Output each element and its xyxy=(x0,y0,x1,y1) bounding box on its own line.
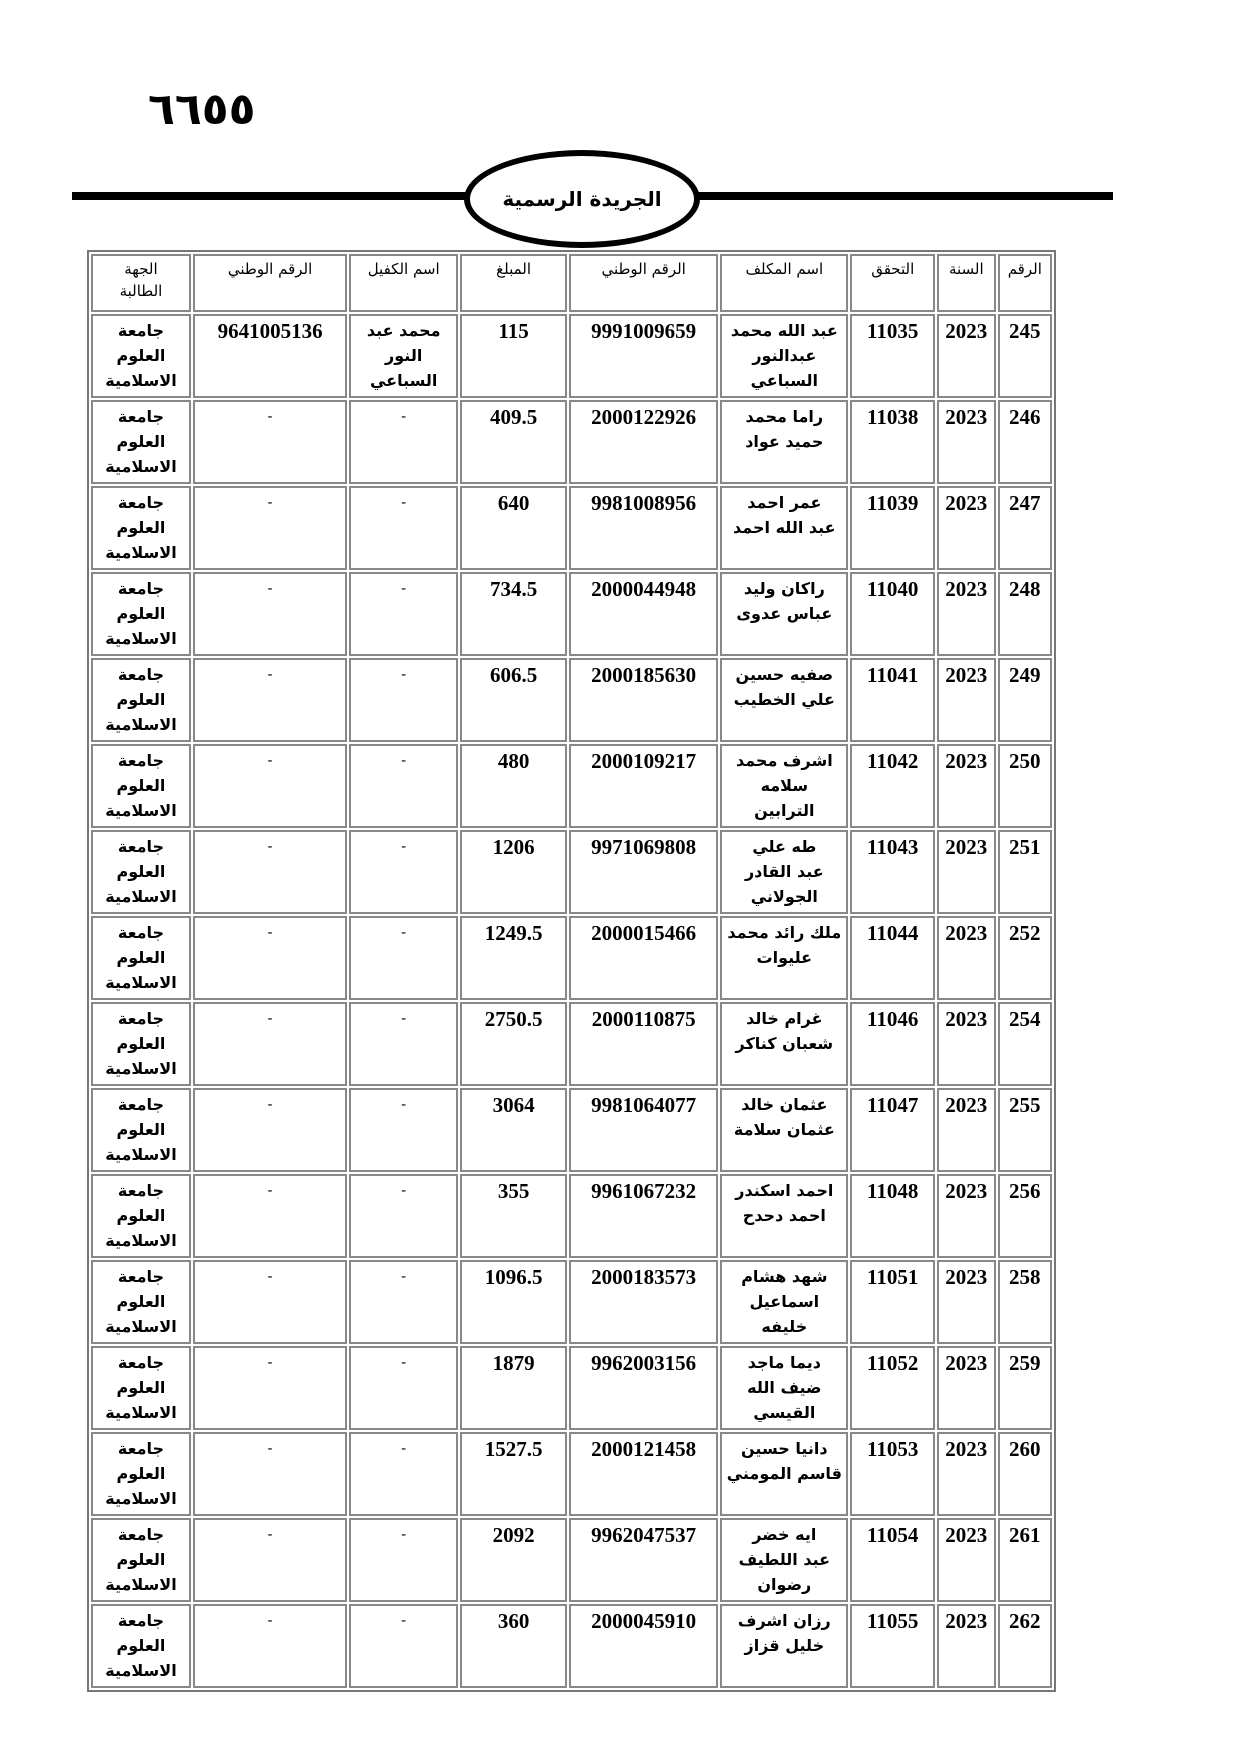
assessee-name-line: ضيف الله xyxy=(725,1375,843,1400)
cell-requesting-party: جامعةالعلومالاسلامية xyxy=(91,1088,191,1172)
cell-national-id: 9962003156 xyxy=(569,1346,718,1430)
cell-national-id: 9981064077 xyxy=(569,1088,718,1172)
requesting-party-line: العلوم xyxy=(96,1547,186,1572)
requesting-party-line: العلوم xyxy=(96,859,186,884)
cell-row-no: 248 xyxy=(998,572,1052,656)
cell-national-id: 2000183573 xyxy=(569,1260,718,1344)
cell-year: 2023 xyxy=(937,1260,995,1344)
assessee-name-line: رضوان xyxy=(725,1572,843,1597)
table-row: 245202311035عبد الله محمدعبدالنورالسباعي… xyxy=(91,314,1052,398)
table-row: 258202311051شهد هشاماسماعيلخليفه20001835… xyxy=(91,1260,1052,1344)
cell-row-no: 250 xyxy=(998,744,1052,828)
cell-requesting-party: جامعةالعلومالاسلامية xyxy=(91,1260,191,1344)
cell-assessment: 11044 xyxy=(850,916,935,1000)
guarantor-name-line: - xyxy=(354,1264,453,1290)
records-table: الرقم السنة التحقق اسم المكلف الرقم الوط… xyxy=(87,250,1056,1692)
assessee-name-line: علي الخطيب xyxy=(725,687,843,712)
cell-row-no: 252 xyxy=(998,916,1052,1000)
requesting-party-line: جامعة xyxy=(96,318,186,343)
cell-guarantor-national-id: - xyxy=(193,400,347,484)
cell-guarantor-national-id: - xyxy=(193,830,347,914)
requesting-party-line: الاسلامية xyxy=(96,1056,186,1081)
table-row: 259202311052ديما ماجدضيف اللهالقيسي99620… xyxy=(91,1346,1052,1430)
cell-amount: 734.5 xyxy=(460,572,567,656)
cell-national-id: 2000121458 xyxy=(569,1432,718,1516)
table-row: 250202311042اشرف محمدسلامهالترابين200010… xyxy=(91,744,1052,828)
cell-assessment: 11046 xyxy=(850,1002,935,1086)
cell-row-no: 251 xyxy=(998,830,1052,914)
cell-assessee-name: اشرف محمدسلامهالترابين xyxy=(720,744,848,828)
cell-amount: 606.5 xyxy=(460,658,567,742)
assessee-name-line: عبد الله محمد xyxy=(725,318,843,343)
cell-requesting-party: جامعةالعلومالاسلامية xyxy=(91,1518,191,1602)
requesting-party-line: الاسلامية xyxy=(96,1142,186,1167)
guarantor-name-line: - xyxy=(354,404,453,430)
cell-row-no: 247 xyxy=(998,486,1052,570)
requesting-party-line: العلوم xyxy=(96,1375,186,1400)
header-requesting-party-line2: الطالبة xyxy=(96,280,186,302)
cell-guarantor-national-id: - xyxy=(193,1346,347,1430)
cell-row-no: 255 xyxy=(998,1088,1052,1172)
cell-year: 2023 xyxy=(937,314,995,398)
requesting-party-line: العلوم xyxy=(96,945,186,970)
cell-guarantor-national-id: - xyxy=(193,1432,347,1516)
assessee-name-line: ايه خضر xyxy=(725,1522,843,1547)
cell-amount: 1096.5 xyxy=(460,1260,567,1344)
header-guarantor-name: اسم الكفيل xyxy=(349,254,458,312)
cell-assessee-name: ملك رائد محمدعليوات xyxy=(720,916,848,1000)
assessee-name-line: عبد الله احمد xyxy=(725,515,843,540)
cell-year: 2023 xyxy=(937,1604,995,1688)
requesting-party-line: العلوم xyxy=(96,1461,186,1486)
guarantor-name-line: - xyxy=(354,662,453,688)
cell-guarantor-name: - xyxy=(349,400,458,484)
cell-year: 2023 xyxy=(937,1432,995,1516)
cell-requesting-party: جامعةالعلومالاسلامية xyxy=(91,916,191,1000)
assessee-name-line: شعبان كناكر xyxy=(725,1031,843,1056)
cell-national-id: 9961067232 xyxy=(569,1174,718,1258)
cell-requesting-party: جامعةالعلومالاسلامية xyxy=(91,486,191,570)
table-row: 252202311044ملك رائد محمدعليوات200001546… xyxy=(91,916,1052,1000)
cell-assessment: 11035 xyxy=(850,314,935,398)
cell-assessee-name: عثمان خالدعثمان سلامة xyxy=(720,1088,848,1172)
requesting-party-line: الاسلامية xyxy=(96,1314,186,1339)
cell-assessment: 11039 xyxy=(850,486,935,570)
cell-row-no: 258 xyxy=(998,1260,1052,1344)
cell-amount: 1206 xyxy=(460,830,567,914)
cell-assessment: 11038 xyxy=(850,400,935,484)
cell-guarantor-name: - xyxy=(349,1002,458,1086)
cell-year: 2023 xyxy=(937,400,995,484)
cell-amount: 2750.5 xyxy=(460,1002,567,1086)
assessee-name-line: صفيه حسين xyxy=(725,662,843,687)
cell-amount: 360 xyxy=(460,1604,567,1688)
requesting-party-line: جامعة xyxy=(96,1608,186,1633)
cell-guarantor-national-id: 9641005136 xyxy=(193,314,347,398)
table-header-row: الرقم السنة التحقق اسم المكلف الرقم الوط… xyxy=(91,254,1052,312)
cell-year: 2023 xyxy=(937,1518,995,1602)
cell-row-no: 246 xyxy=(998,400,1052,484)
cell-assessment: 11043 xyxy=(850,830,935,914)
cell-assessee-name: دانيا حسينقاسم المومني xyxy=(720,1432,848,1516)
assessee-name-line: غرام خالد xyxy=(725,1006,843,1031)
requesting-party-line: العلوم xyxy=(96,515,186,540)
cell-national-id: 2000185630 xyxy=(569,658,718,742)
cell-guarantor-name: - xyxy=(349,1604,458,1688)
cell-requesting-party: جامعةالعلومالاسلامية xyxy=(91,658,191,742)
cell-row-no: 249 xyxy=(998,658,1052,742)
assessee-name-line: الجولاني xyxy=(725,884,843,909)
header-assessment: التحقق xyxy=(850,254,935,312)
cell-year: 2023 xyxy=(937,1346,995,1430)
cell-row-no: 260 xyxy=(998,1432,1052,1516)
requesting-party-line: جامعة xyxy=(96,1092,186,1117)
requesting-party-line: الاسلامية xyxy=(96,712,186,737)
cell-assessee-name: شهد هشاماسماعيلخليفه xyxy=(720,1260,848,1344)
header-year: السنة xyxy=(937,254,995,312)
header-requesting-party: الجهة الطالبة xyxy=(91,254,191,312)
requesting-party-line: الاسلامية xyxy=(96,970,186,995)
cell-row-no: 259 xyxy=(998,1346,1052,1430)
guarantor-name-line: محمد عبد xyxy=(354,318,453,343)
cell-amount: 1879 xyxy=(460,1346,567,1430)
cell-guarantor-name: - xyxy=(349,1174,458,1258)
requesting-party-line: العلوم xyxy=(96,429,186,454)
requesting-party-line: جامعة xyxy=(96,662,186,687)
table-row: 262202311055رزان اشرفخليل قزاز2000045910… xyxy=(91,1604,1052,1688)
cell-guarantor-national-id: - xyxy=(193,744,347,828)
cell-assessee-name: راما محمدحميد عواد xyxy=(720,400,848,484)
cell-assessment: 11053 xyxy=(850,1432,935,1516)
guarantor-name-line: - xyxy=(354,1522,453,1548)
assessee-name-line: عبد اللطيف xyxy=(725,1547,843,1572)
cell-guarantor-name: - xyxy=(349,486,458,570)
cell-year: 2023 xyxy=(937,916,995,1000)
table-row: 254202311046غرام خالدشعبان كناكر20001108… xyxy=(91,1002,1052,1086)
cell-amount: 480 xyxy=(460,744,567,828)
cell-assessee-name: عمر احمدعبد الله احمد xyxy=(720,486,848,570)
requesting-party-line: العلوم xyxy=(96,1031,186,1056)
requesting-party-line: جامعة xyxy=(96,834,186,859)
cell-year: 2023 xyxy=(937,1174,995,1258)
cell-guarantor-name: - xyxy=(349,1432,458,1516)
cell-guarantor-national-id: - xyxy=(193,572,347,656)
cell-amount: 1249.5 xyxy=(460,916,567,1000)
cell-assessment: 11040 xyxy=(850,572,935,656)
header-guarantor-national-id: الرقم الوطني xyxy=(193,254,347,312)
guarantor-name-line: - xyxy=(354,1092,453,1118)
header-requesting-party-line1: الجهة xyxy=(96,258,186,280)
assessee-name-line: احمد دحدح xyxy=(725,1203,843,1228)
cell-guarantor-name: - xyxy=(349,744,458,828)
requesting-party-line: الاسلامية xyxy=(96,368,186,393)
guarantor-name-line: - xyxy=(354,490,453,516)
requesting-party-line: الاسلامية xyxy=(96,1228,186,1253)
cell-assessee-name: طه عليعبد القادرالجولاني xyxy=(720,830,848,914)
requesting-party-line: جامعة xyxy=(96,490,186,515)
cell-year: 2023 xyxy=(937,658,995,742)
guarantor-name-line: - xyxy=(354,576,453,602)
requesting-party-line: جامعة xyxy=(96,1522,186,1547)
cell-assessment: 11055 xyxy=(850,1604,935,1688)
cell-guarantor-national-id: - xyxy=(193,1174,347,1258)
cell-national-id: 2000110875 xyxy=(569,1002,718,1086)
cell-guarantor-name: - xyxy=(349,572,458,656)
guarantor-name-line: - xyxy=(354,834,453,860)
guarantor-name-line: - xyxy=(354,920,453,946)
cell-assessment: 11051 xyxy=(850,1260,935,1344)
cell-amount: 3064 xyxy=(460,1088,567,1172)
assessee-name-line: راكان وليد xyxy=(725,576,843,601)
cell-amount: 1527.5 xyxy=(460,1432,567,1516)
cell-national-id: 9971069808 xyxy=(569,830,718,914)
assessee-name-line: خليفه xyxy=(725,1314,843,1339)
cell-national-id: 2000045910 xyxy=(569,1604,718,1688)
requesting-party-line: جامعة xyxy=(96,576,186,601)
cell-year: 2023 xyxy=(937,572,995,656)
assessee-name-line: اشرف محمد xyxy=(725,748,843,773)
assessee-name-line: عبد القادر xyxy=(725,859,843,884)
cell-assessee-name: راكان وليدعباس عدوى xyxy=(720,572,848,656)
cell-amount: 115 xyxy=(460,314,567,398)
cell-amount: 355 xyxy=(460,1174,567,1258)
requesting-party-line: العلوم xyxy=(96,601,186,626)
table-row: 248202311040راكان وليدعباس عدوى200004494… xyxy=(91,572,1052,656)
guarantor-name-line: - xyxy=(354,1178,453,1204)
cell-year: 2023 xyxy=(937,830,995,914)
cell-requesting-party: جامعةالعلومالاسلامية xyxy=(91,744,191,828)
cell-requesting-party: جامعةالعلومالاسلامية xyxy=(91,1174,191,1258)
requesting-party-line: العلوم xyxy=(96,1289,186,1314)
cell-requesting-party: جامعةالعلومالاسلامية xyxy=(91,400,191,484)
cell-guarantor-name: - xyxy=(349,658,458,742)
guarantor-name-line: - xyxy=(354,748,453,774)
cell-national-id: 2000122926 xyxy=(569,400,718,484)
assessee-name-line: ديما ماجد xyxy=(725,1350,843,1375)
cell-guarantor-name: - xyxy=(349,1260,458,1344)
cell-national-id: 9981008956 xyxy=(569,486,718,570)
cell-guarantor-name: محمد عبدالنورالسباعي xyxy=(349,314,458,398)
requesting-party-line: الاسلامية xyxy=(96,1400,186,1425)
records-table-container: الرقم السنة التحقق اسم المكلف الرقم الوط… xyxy=(87,250,1056,1692)
cell-assessee-name: ايه خضرعبد اللطيفرضوان xyxy=(720,1518,848,1602)
requesting-party-line: جامعة xyxy=(96,1006,186,1031)
assessee-name-line: رزان اشرف xyxy=(725,1608,843,1633)
guarantor-name-line: - xyxy=(354,1350,453,1376)
cell-amount: 640 xyxy=(460,486,567,570)
assessee-name-line: عبدالنور xyxy=(725,343,843,368)
requesting-party-line: الاسلامية xyxy=(96,540,186,565)
cell-guarantor-national-id: - xyxy=(193,1002,347,1086)
requesting-party-line: الاسلامية xyxy=(96,1486,186,1511)
header-rule-right xyxy=(690,192,1113,200)
table-row: 261202311054ايه خضرعبد اللطيفرضوان996204… xyxy=(91,1518,1052,1602)
requesting-party-line: جامعة xyxy=(96,920,186,945)
requesting-party-line: العلوم xyxy=(96,1117,186,1142)
masthead-title: الجريدة الرسمية xyxy=(502,187,661,211)
requesting-party-line: جامعة xyxy=(96,1350,186,1375)
assessee-name-line: ملك رائد محمد xyxy=(725,920,843,945)
cell-row-no: 254 xyxy=(998,1002,1052,1086)
assessee-name-line: خليل قزاز xyxy=(725,1633,843,1658)
guarantor-name-line: النور xyxy=(354,343,453,368)
requesting-party-line: الاسلامية xyxy=(96,1658,186,1683)
cell-assessment: 11041 xyxy=(850,658,935,742)
cell-row-no: 256 xyxy=(998,1174,1052,1258)
cell-guarantor-name: - xyxy=(349,1346,458,1430)
cell-requesting-party: جامعةالعلومالاسلامية xyxy=(91,1432,191,1516)
cell-row-no: 245 xyxy=(998,314,1052,398)
requesting-party-line: العلوم xyxy=(96,1633,186,1658)
records-table-body: 245202311035عبد الله محمدعبدالنورالسباعي… xyxy=(91,314,1052,1688)
cell-national-id: 9991009659 xyxy=(569,314,718,398)
requesting-party-line: الاسلامية xyxy=(96,1572,186,1597)
table-row: 260202311053دانيا حسينقاسم المومني200012… xyxy=(91,1432,1052,1516)
cell-requesting-party: جامعةالعلومالاسلامية xyxy=(91,572,191,656)
cell-assessment: 11052 xyxy=(850,1346,935,1430)
requesting-party-line: جامعة xyxy=(96,1436,186,1461)
requesting-party-line: الاسلامية xyxy=(96,626,186,651)
page-number: ٦٦٥٥ xyxy=(148,88,255,132)
cell-guarantor-national-id: - xyxy=(193,486,347,570)
guarantor-name-line: - xyxy=(354,1608,453,1634)
header-amount: المبلغ xyxy=(460,254,567,312)
requesting-party-line: جامعة xyxy=(96,404,186,429)
assessee-name-line: دانيا حسين xyxy=(725,1436,843,1461)
guarantor-name-line: - xyxy=(354,1006,453,1032)
cell-assessment: 11048 xyxy=(850,1174,935,1258)
cell-assessment: 11054 xyxy=(850,1518,935,1602)
cell-guarantor-national-id: - xyxy=(193,1604,347,1688)
cell-assessee-name: غرام خالدشعبان كناكر xyxy=(720,1002,848,1086)
assessee-name-line: الترابين xyxy=(725,798,843,823)
cell-amount: 409.5 xyxy=(460,400,567,484)
table-row: 255202311047عثمان خالدعثمان سلامة9981064… xyxy=(91,1088,1052,1172)
cell-guarantor-name: - xyxy=(349,830,458,914)
cell-guarantor-national-id: - xyxy=(193,916,347,1000)
assessee-name-line: قاسم المومني xyxy=(725,1461,843,1486)
assessee-name-line: اسماعيل xyxy=(725,1289,843,1314)
table-row: 249202311041صفيه حسينعلي الخطيب200018563… xyxy=(91,658,1052,742)
assessee-name-line: شهد هشام xyxy=(725,1264,843,1289)
cell-requesting-party: جامعةالعلومالاسلامية xyxy=(91,1604,191,1688)
cell-year: 2023 xyxy=(937,1002,995,1086)
assessee-name-line: عمر احمد xyxy=(725,490,843,515)
cell-guarantor-national-id: - xyxy=(193,658,347,742)
requesting-party-line: العلوم xyxy=(96,1203,186,1228)
table-row: 251202311043طه عليعبد القادرالجولاني9971… xyxy=(91,830,1052,914)
requesting-party-line: جامعة xyxy=(96,748,186,773)
cell-guarantor-name: - xyxy=(349,916,458,1000)
cell-guarantor-national-id: - xyxy=(193,1088,347,1172)
requesting-party-line: العلوم xyxy=(96,687,186,712)
assessee-name-line: راما محمد xyxy=(725,404,843,429)
cell-amount: 2092 xyxy=(460,1518,567,1602)
requesting-party-line: جامعة xyxy=(96,1178,186,1203)
assessee-name-line: حميد عواد xyxy=(725,429,843,454)
masthead-oval: الجريدة الرسمية xyxy=(464,150,700,248)
cell-national-id: 2000044948 xyxy=(569,572,718,656)
header-assessee-name: اسم المكلف xyxy=(720,254,848,312)
table-row: 256202311048احمد اسكندراحمد دحدح99610672… xyxy=(91,1174,1052,1258)
cell-assessee-name: ديما ماجدضيف اللهالقيسي xyxy=(720,1346,848,1430)
requesting-party-line: الاسلامية xyxy=(96,798,186,823)
cell-assessee-name: عبد الله محمدعبدالنورالسباعي xyxy=(720,314,848,398)
guarantor-name-line: - xyxy=(354,1436,453,1462)
requesting-party-line: جامعة xyxy=(96,1264,186,1289)
cell-year: 2023 xyxy=(937,1088,995,1172)
requesting-party-line: الاسلامية xyxy=(96,884,186,909)
assessee-name-line: عثمان خالد xyxy=(725,1092,843,1117)
cell-year: 2023 xyxy=(937,744,995,828)
cell-national-id: 2000015466 xyxy=(569,916,718,1000)
table-row: 247202311039عمر احمدعبد الله احمد9981008… xyxy=(91,486,1052,570)
requesting-party-line: الاسلامية xyxy=(96,454,186,479)
assessee-name-line: عليوات xyxy=(725,945,843,970)
cell-guarantor-national-id: - xyxy=(193,1518,347,1602)
assessee-name-line: القيسي xyxy=(725,1400,843,1425)
table-row: 246202311038راما محمدحميد عواد2000122926… xyxy=(91,400,1052,484)
cell-assessee-name: صفيه حسينعلي الخطيب xyxy=(720,658,848,742)
cell-national-id: 2000109217 xyxy=(569,744,718,828)
cell-year: 2023 xyxy=(937,486,995,570)
assessee-name-line: عثمان سلامة xyxy=(725,1117,843,1142)
cell-requesting-party: جامعةالعلومالاسلامية xyxy=(91,314,191,398)
cell-assessee-name: احمد اسكندراحمد دحدح xyxy=(720,1174,848,1258)
requesting-party-line: العلوم xyxy=(96,773,186,798)
header-rule-left xyxy=(72,192,472,200)
cell-guarantor-national-id: - xyxy=(193,1260,347,1344)
assessee-name-line: السباعي xyxy=(725,368,843,393)
cell-row-no: 261 xyxy=(998,1518,1052,1602)
header-row-no: الرقم xyxy=(998,254,1052,312)
cell-requesting-party: جامعةالعلومالاسلامية xyxy=(91,1346,191,1430)
assessee-name-line: عباس عدوى xyxy=(725,601,843,626)
cell-requesting-party: جامعةالعلومالاسلامية xyxy=(91,830,191,914)
cell-national-id: 9962047537 xyxy=(569,1518,718,1602)
guarantor-name-line: السباعي xyxy=(354,368,453,393)
assessee-name-line: طه علي xyxy=(725,834,843,859)
cell-assessment: 11047 xyxy=(850,1088,935,1172)
cell-assessment: 11042 xyxy=(850,744,935,828)
cell-requesting-party: جامعةالعلومالاسلامية xyxy=(91,1002,191,1086)
assessee-name-line: احمد اسكندر xyxy=(725,1178,843,1203)
cell-assessee-name: رزان اشرفخليل قزاز xyxy=(720,1604,848,1688)
cell-guarantor-name: - xyxy=(349,1088,458,1172)
requesting-party-line: العلوم xyxy=(96,343,186,368)
assessee-name-line: سلامه xyxy=(725,773,843,798)
cell-guarantor-name: - xyxy=(349,1518,458,1602)
cell-row-no: 262 xyxy=(998,1604,1052,1688)
header-national-id: الرقم الوطني xyxy=(569,254,718,312)
